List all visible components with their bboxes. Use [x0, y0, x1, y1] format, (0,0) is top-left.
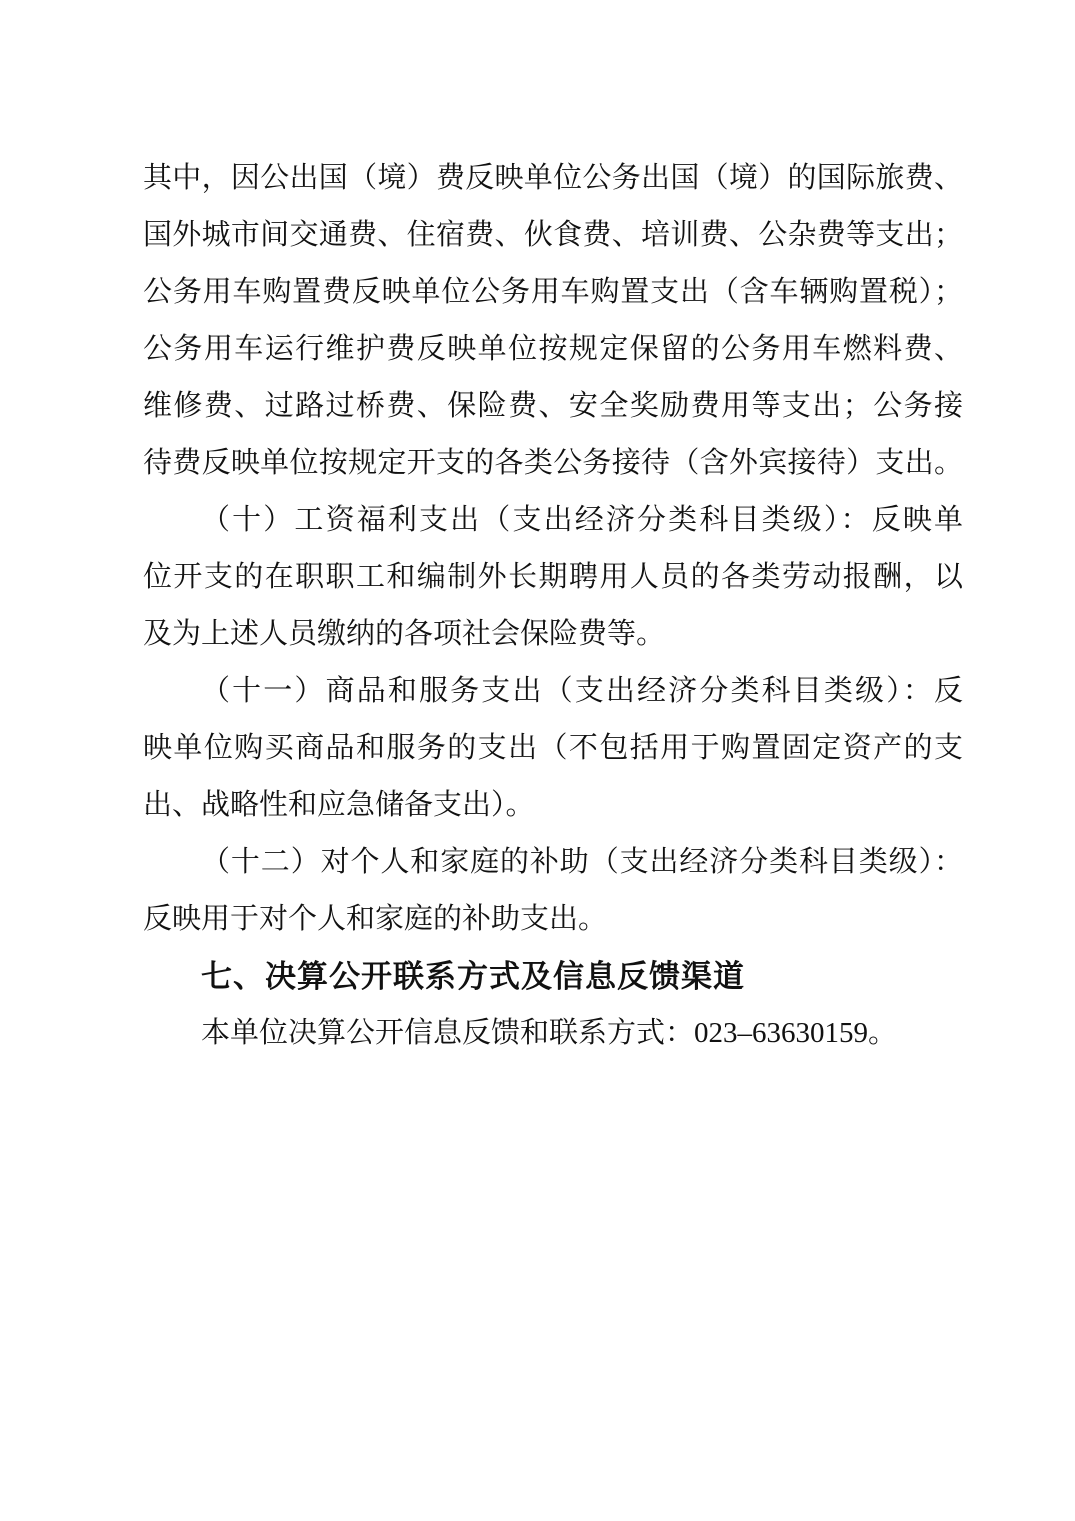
text-line: 出、战略性和应急储备支出）。 [143, 777, 963, 834]
text-line: 公务用车购置费反映单位公务用车购置支出（含车辆购置税）； [143, 264, 963, 321]
document-page: 其中，因公出国（境）费反映单位公务出国（境）的国际旅费、国外城市间交通费、住宿费… [0, 0, 1075, 1521]
section-heading: 七、决算公开联系方式及信息反馈渠道 [143, 948, 963, 1005]
document-body: 其中，因公出国（境）费反映单位公务出国（境）的国际旅费、国外城市间交通费、住宿费… [143, 150, 963, 1062]
text-line: （十二）对个人和家庭的补助（支出经济分类科目类级）： [143, 834, 963, 891]
text-line: 反映用于对个人和家庭的补助支出。 [143, 891, 963, 948]
text-line: 待费反映单位按规定开支的各类公务接待（含外宾接待）支出。 [143, 435, 963, 492]
text-line: 映单位购买商品和服务的支出（不包括用于购置固定资产的支 [143, 720, 963, 777]
text-line: 国外城市间交通费、住宿费、伙食费、培训费、公杂费等支出； [143, 207, 963, 264]
text-line: 本单位决算公开信息反馈和联系方式：023–63630159。 [143, 1005, 963, 1062]
text-line: 其中，因公出国（境）费反映单位公务出国（境）的国际旅费、 [143, 150, 963, 207]
text-line: （十一）商品和服务支出（支出经济分类科目类级）：反 [143, 663, 963, 720]
text-line: 公务用车运行维护费反映单位按规定保留的公务用车燃料费、 [143, 321, 963, 378]
text-line: 维修费、过路过桥费、保险费、安全奖励费用等支出；公务接 [143, 378, 963, 435]
text-line: 及为上述人员缴纳的各项社会保险费等。 [143, 606, 963, 663]
text-line: （十）工资福利支出（支出经济分类科目类级）：反映单 [143, 492, 963, 549]
text-line: 位开支的在职职工和编制外长期聘用人员的各类劳动报酬，以 [143, 549, 963, 606]
